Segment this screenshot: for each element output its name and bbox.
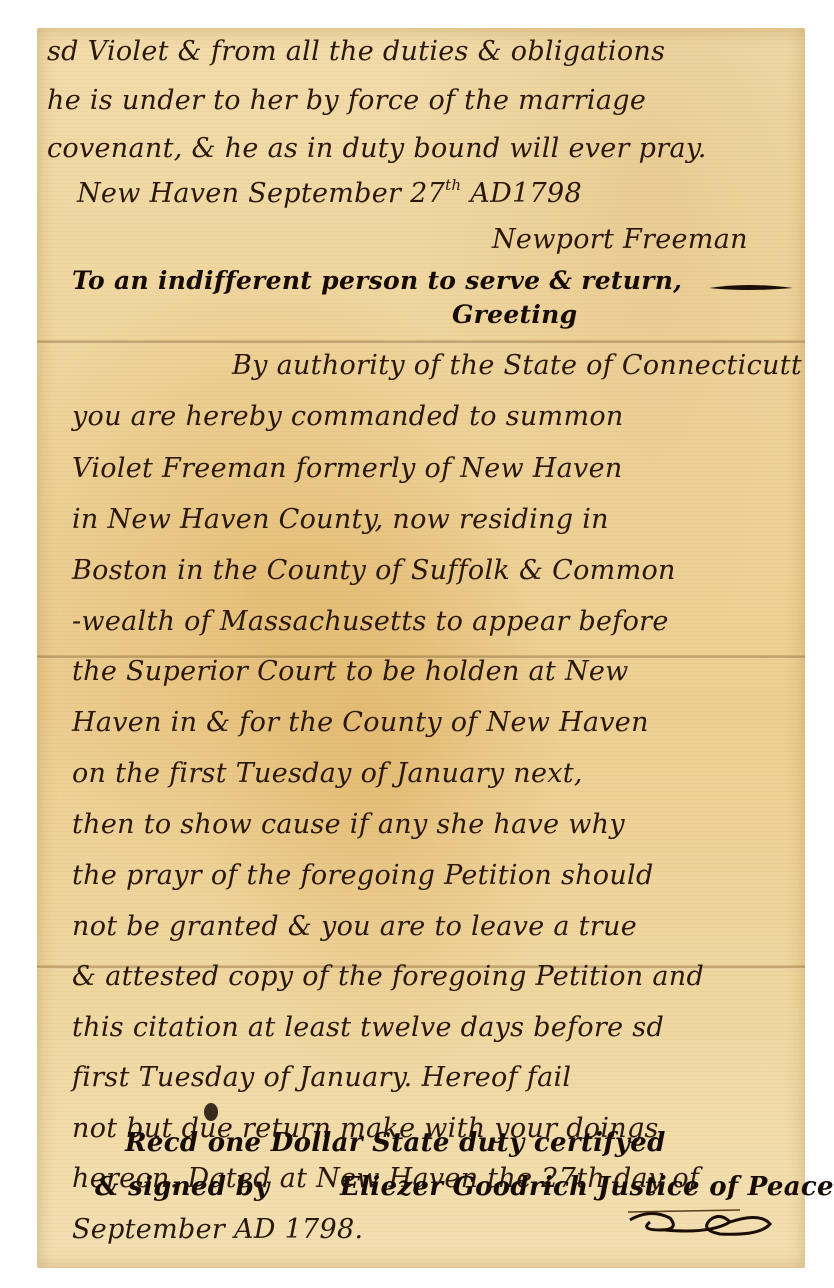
dateline-year: 1798 — [512, 178, 582, 209]
endorsement-prefix: & signed by — [95, 1172, 269, 1202]
manuscript-page: sd Violet & from all the duties & obliga… — [37, 28, 805, 1268]
signature-paraph-icon — [620, 1200, 780, 1240]
ink-blot-icon — [197, 1098, 227, 1128]
dash-flourish-icon — [707, 280, 797, 294]
dateline-day-suffix: th — [445, 176, 461, 194]
petitioner-signature: Newport Freeman — [492, 224, 748, 255]
citation-line-15: first Tuesday of January. Hereof fail — [72, 1062, 571, 1093]
citation-line-2: you are hereby commanded to summon — [72, 401, 624, 432]
citation-line-1: By authority of the State of Connecticut… — [232, 350, 802, 381]
citation-line-13: & attested copy of the foregoing Petitio… — [72, 961, 704, 992]
endorsement-line-1: Recd one Dollar State duty certifyed — [125, 1128, 666, 1158]
citation-line-18: September AD 1798. — [72, 1214, 363, 1245]
petition-line-3: covenant, & he as in duty bound will eve… — [47, 133, 707, 164]
citation-line-10: then to show cause if any she have why — [72, 809, 625, 840]
address-line: To an indifferent person to serve & retu… — [72, 266, 682, 295]
citation-line-9: on the first Tuesday of January next, — [72, 758, 583, 789]
citation-line-3: Violet Freeman formerly of New Haven — [72, 453, 623, 484]
fold-crease — [37, 340, 805, 344]
citation-line-8: Haven in & for the County of New Haven — [72, 707, 649, 738]
citation-line-14: this citation at least twelve days befor… — [72, 1012, 664, 1043]
citation-line-7: the Superior Court to be holden at New — [72, 656, 629, 687]
citation-line-11: the prayr of the foregoing Petition shou… — [72, 860, 654, 891]
citation-line-4: in New Haven County, now residing in — [72, 504, 609, 535]
dateline-month: September — [248, 178, 401, 209]
petition-line-2: he is under to her by force of the marri… — [47, 85, 646, 116]
citation-line-12: not be granted & you are to leave a true — [72, 911, 637, 942]
citation-line-5: Boston in the County of Suffolk & Common — [72, 555, 676, 586]
citation-line-6: -wealth of Massachusetts to appear befor… — [72, 606, 669, 637]
dateline-year-prefix: AD — [470, 178, 512, 209]
petition-line-1: sd Violet & from all the duties & obliga… — [47, 36, 665, 67]
dateline-place: New Haven — [77, 178, 239, 209]
justice-signature: Eliezer Goodrich Justice of Peace — [340, 1172, 834, 1202]
petition-dateline: New Haven September 27th AD1798 — [77, 176, 582, 209]
greeting: Greeting — [452, 300, 577, 329]
dateline-day: 27 — [410, 178, 445, 209]
